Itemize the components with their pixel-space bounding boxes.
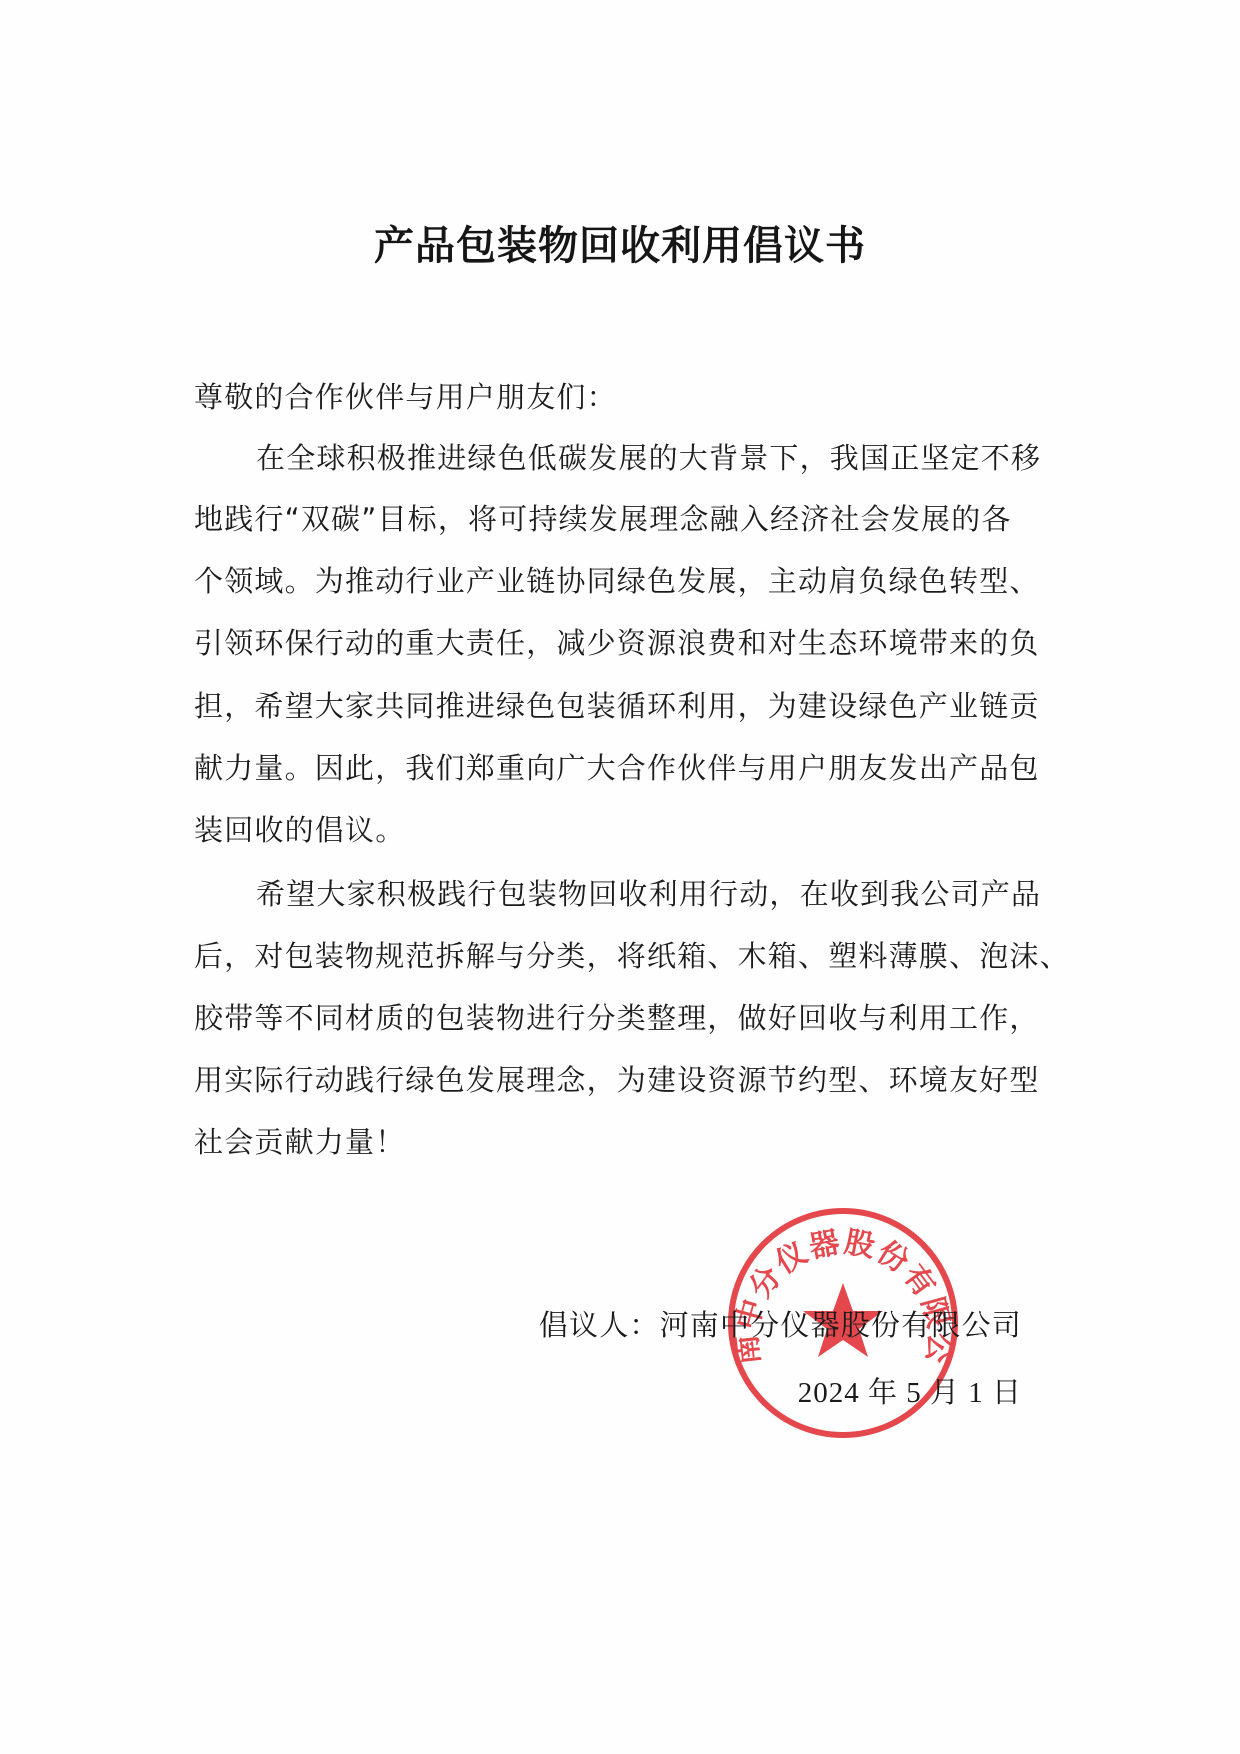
paragraph-line: 引领环保行动的重大责任，减少资源浪费和对生态环境带来的负 — [194, 621, 1040, 662]
paragraph-line: 地践行“双碳”目标，将可持续发展理念融入经济社会发展的各 — [194, 497, 1012, 538]
paragraph-line: 在全球积极推进绿色低碳发展的大背景下，我国正坚定不移 — [256, 436, 1041, 477]
paragraph-line: 胶带等不同材质的包装物进行分类整理，做好回收与利用工作， — [194, 996, 1040, 1037]
paragraph-line: 希望大家积极践行包装物回收利用行动，在收到我公司产品 — [256, 872, 1041, 913]
document-page: 产品包装物回收利用倡议书 尊敬的合作伙伴与用户朋友们： 在全球积极推进绿色低碳发… — [0, 0, 1240, 1754]
paragraph-line: 装回收的倡议。 — [194, 808, 405, 849]
paragraph-line: 献力量。因此，我们郑重向广大合作伙伴与用户朋友发出产品包 — [194, 746, 1040, 787]
salutation: 尊敬的合作伙伴与用户朋友们： — [194, 375, 617, 416]
document-title: 产品包装物回收利用倡议书 — [0, 214, 1240, 271]
paragraph-line: 社会贡献力量！ — [194, 1120, 405, 1161]
date-line: 2024 年 5 月 1 日 — [798, 1370, 1022, 1411]
paragraph-line: 担，希望大家共同推进绿色包装循环利用，为建设绿色产业链贡 — [194, 684, 1040, 725]
signer-line: 倡议人：河南中分仪器股份有限公司 — [539, 1303, 1022, 1344]
paragraph-line: 个领域。为推动行业产业链协同绿色发展，主动肩负绿色转型、 — [194, 559, 1040, 600]
paragraph-line: 后，对包装物规范拆解与分类，将纸箱、木箱、塑料薄膜、泡沫、 — [194, 934, 1070, 975]
paragraph-line: 用实际行动践行绿色发展理念，为建设资源节约型、环境友好型 — [194, 1058, 1040, 1099]
